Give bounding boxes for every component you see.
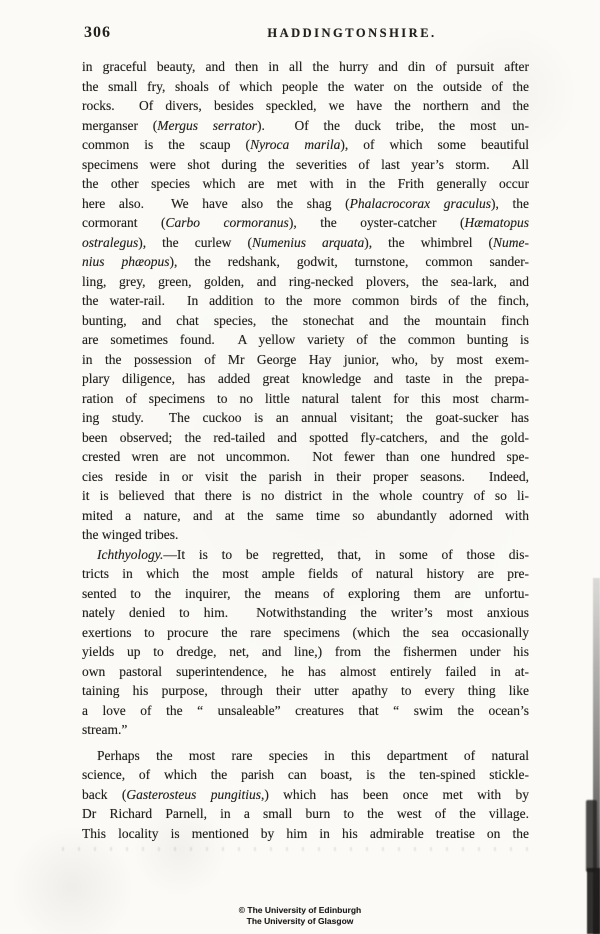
text-run: ing study. The cuckoo is an annual visit… (82, 410, 529, 425)
italic-text-run: Nyroca marila (250, 137, 340, 152)
text-line: here also. We have also the shag (Phalac… (82, 194, 529, 214)
text-run: the water-rail. In addition to the more … (82, 293, 529, 308)
text-run: stream.” (82, 722, 127, 737)
text-run: rocks. Of divers, besides speckled, we h… (82, 98, 529, 113)
text-run: in graceful beauty, and then in all the … (82, 59, 529, 74)
text-run: common is the scaup ( (82, 137, 250, 152)
text-run: the small fry, shoals of which people th… (82, 79, 529, 94)
text-run: ,) which has been once met with by (261, 787, 529, 802)
text-line: stream.” (82, 720, 529, 740)
text-line: ostralegus), the curlew (Numenius arquat… (82, 233, 529, 253)
text-run: ), the curlew ( (138, 235, 252, 250)
text-line: been observed; the red-tailed and spotte… (82, 428, 529, 448)
text-run: bunting, and chat species, the stonechat… (82, 313, 529, 328)
text-line: Ichthyology.—It is to be regretted, that… (82, 545, 529, 565)
text-line: sented to the inquirer, the means of exp… (82, 584, 529, 604)
text-run: back ( (82, 787, 126, 802)
text-line: This locality is mentioned by him in his… (82, 824, 529, 844)
italic-text-run: Hæmatopus (464, 215, 529, 230)
text-line: rocks. Of divers, besides speckled, we h… (82, 96, 529, 116)
text-run: Dr Richard Parnell, in a small burn to t… (82, 806, 529, 821)
text-line: plary diligence, has added great knowled… (82, 369, 529, 389)
text-run: sented to the inquirer, the means of exp… (82, 586, 529, 601)
text-line: Dr Richard Parnell, in a small burn to t… (82, 804, 529, 824)
text-run: ), the redshank, godwit, turnstone, comm… (170, 254, 530, 269)
text-line: crested wren are not uncommon. Not fewer… (82, 447, 529, 467)
text-line: merganser (Mergus serrator). Of the duck… (82, 116, 529, 136)
scanned-book-page: 306 HADDINGTONSHIRE. in graceful beauty,… (0, 0, 600, 934)
attribution-line-2: The University of Glasgow (0, 916, 600, 927)
text-line: nately denied to him. Notwithstanding th… (82, 603, 529, 623)
text-line: science, of which the parish can boast, … (82, 765, 529, 785)
text-run: crested wren are not uncommon. Not fewer… (82, 449, 529, 464)
text-run: —It is to be regretted, that, in some of… (163, 547, 529, 562)
text-run: taining his purpose, through their utter… (82, 683, 529, 698)
text-line: bunting, and chat species, the stonechat… (82, 311, 529, 331)
text-run: mited a nature, and at the same time so … (82, 508, 529, 523)
italic-text-run: Gasterosteus pungitius (126, 787, 261, 802)
text-run: ling, grey, green, golden, and ring-neck… (82, 274, 529, 289)
text-run: a love of the “ unsaleable” creatures th… (82, 703, 529, 718)
scan-speckle-artifact (62, 847, 532, 851)
italic-text-run: Mergus serrator (157, 118, 257, 133)
text-run: plary diligence, has added great knowled… (82, 371, 529, 386)
text-line: the water-rail. In addition to the more … (82, 291, 529, 311)
text-run: here also. We have also the shag ( (82, 196, 350, 211)
text-line: tricts in which the most ample fields of… (82, 564, 529, 584)
text-line: specimens were shot during the severitie… (82, 155, 529, 175)
text-line: yields up to dredge, net, and line,) fro… (82, 642, 529, 662)
italic-text-run: Nume- (493, 235, 529, 250)
text-line: it is believed that there is no district… (82, 486, 529, 506)
text-run: ), the whimbrel ( (364, 235, 493, 250)
text-block: in graceful beauty, and then in all the … (82, 57, 529, 843)
text-run: Perhaps the most rare species in this de… (97, 748, 529, 763)
text-run: ), of which some beautiful (340, 137, 529, 152)
text-line: in graceful beauty, and then in all the … (82, 57, 529, 77)
text-line: the small fry, shoals of which people th… (82, 77, 529, 97)
italic-text-run: Ichthyology. (97, 547, 163, 562)
text-run: tricts in which the most ample fields of… (82, 566, 529, 581)
text-line: ing study. The cuckoo is an annual visit… (82, 408, 529, 428)
text-run: yields up to dredge, net, and line,) fro… (82, 644, 529, 659)
text-run: ), the oyster-catcher ( (289, 215, 465, 230)
text-line: a love of the “ unsaleable” creatures th… (82, 701, 529, 721)
text-line: ling, grey, green, golden, and ring-neck… (82, 272, 529, 292)
text-run: are sometimes found. A yellow variety of… (82, 332, 529, 347)
text-line: nius phæopus), the redshank, godwit, tur… (82, 252, 529, 272)
italic-text-run: Phalacrocorax graculus (350, 196, 491, 211)
text-line: common is the scaup (Nyroca marila), of … (82, 135, 529, 155)
text-run: merganser ( (82, 118, 157, 133)
italic-text-run: ostralegus (82, 235, 138, 250)
text-run: cies reside in or visit the parish in th… (82, 469, 529, 484)
text-run: the other species which are met with in … (82, 176, 529, 191)
text-run: ). Of the duck tribe, the most un- (257, 118, 529, 133)
text-run: the winged tribes. (82, 527, 178, 542)
text-run: This locality is mentioned by him in his… (82, 826, 529, 841)
italic-text-run: nius phæopus (82, 254, 170, 269)
text-line: back (Gasterosteus pungitius,) which has… (82, 785, 529, 805)
italic-text-run: Carbo cormoranus (166, 215, 289, 230)
text-run: been observed; the red-tailed and spotte… (82, 430, 529, 445)
text-line: cies reside in or visit the parish in th… (82, 467, 529, 487)
text-line: own pastoral superintendence, he has alm… (82, 662, 529, 682)
text-line: in the possession of Mr George Hay junio… (82, 350, 529, 370)
text-run: it is believed that there is no district… (82, 488, 529, 503)
text-run: in the possession of Mr George Hay junio… (82, 352, 529, 367)
text-line: are sometimes found. A yellow variety of… (82, 330, 529, 350)
text-line: ration of specimens to no little natural… (82, 389, 529, 409)
text-run: cormorant ( (82, 215, 166, 230)
text-run: ), the (491, 196, 529, 211)
text-line: the other species which are met with in … (82, 174, 529, 194)
text-run: science, of which the parish can boast, … (82, 767, 529, 782)
attribution-footer: © The University of Edinburgh The Univer… (0, 905, 600, 926)
text-line: cormorant (Carbo cormoranus), the oyster… (82, 213, 529, 233)
text-line: exertions to procure the rare specimens … (82, 623, 529, 643)
attribution-line-1: © The University of Edinburgh (0, 905, 600, 916)
text-run: exertions to procure the rare specimens … (82, 625, 529, 640)
text-line: Perhaps the most rare species in this de… (82, 746, 529, 766)
italic-text-run: Numenius arquata (252, 235, 364, 250)
text-line: taining his purpose, through their utter… (82, 681, 529, 701)
text-run: specimens were shot during the severitie… (82, 157, 529, 172)
text-run: ration of specimens to no little natural… (82, 391, 529, 406)
scan-edge-blot (586, 800, 597, 872)
text-run: own pastoral superintendence, he has alm… (82, 664, 529, 679)
page-header: 306 HADDINGTONSHIRE. (0, 24, 600, 44)
text-line: mited a nature, and at the same time so … (82, 506, 529, 526)
text-line: the winged tribes. (82, 525, 529, 545)
text-run: nately denied to him. Notwithstanding th… (82, 605, 529, 620)
running-title: HADDINGTONSHIRE. (104, 26, 600, 41)
